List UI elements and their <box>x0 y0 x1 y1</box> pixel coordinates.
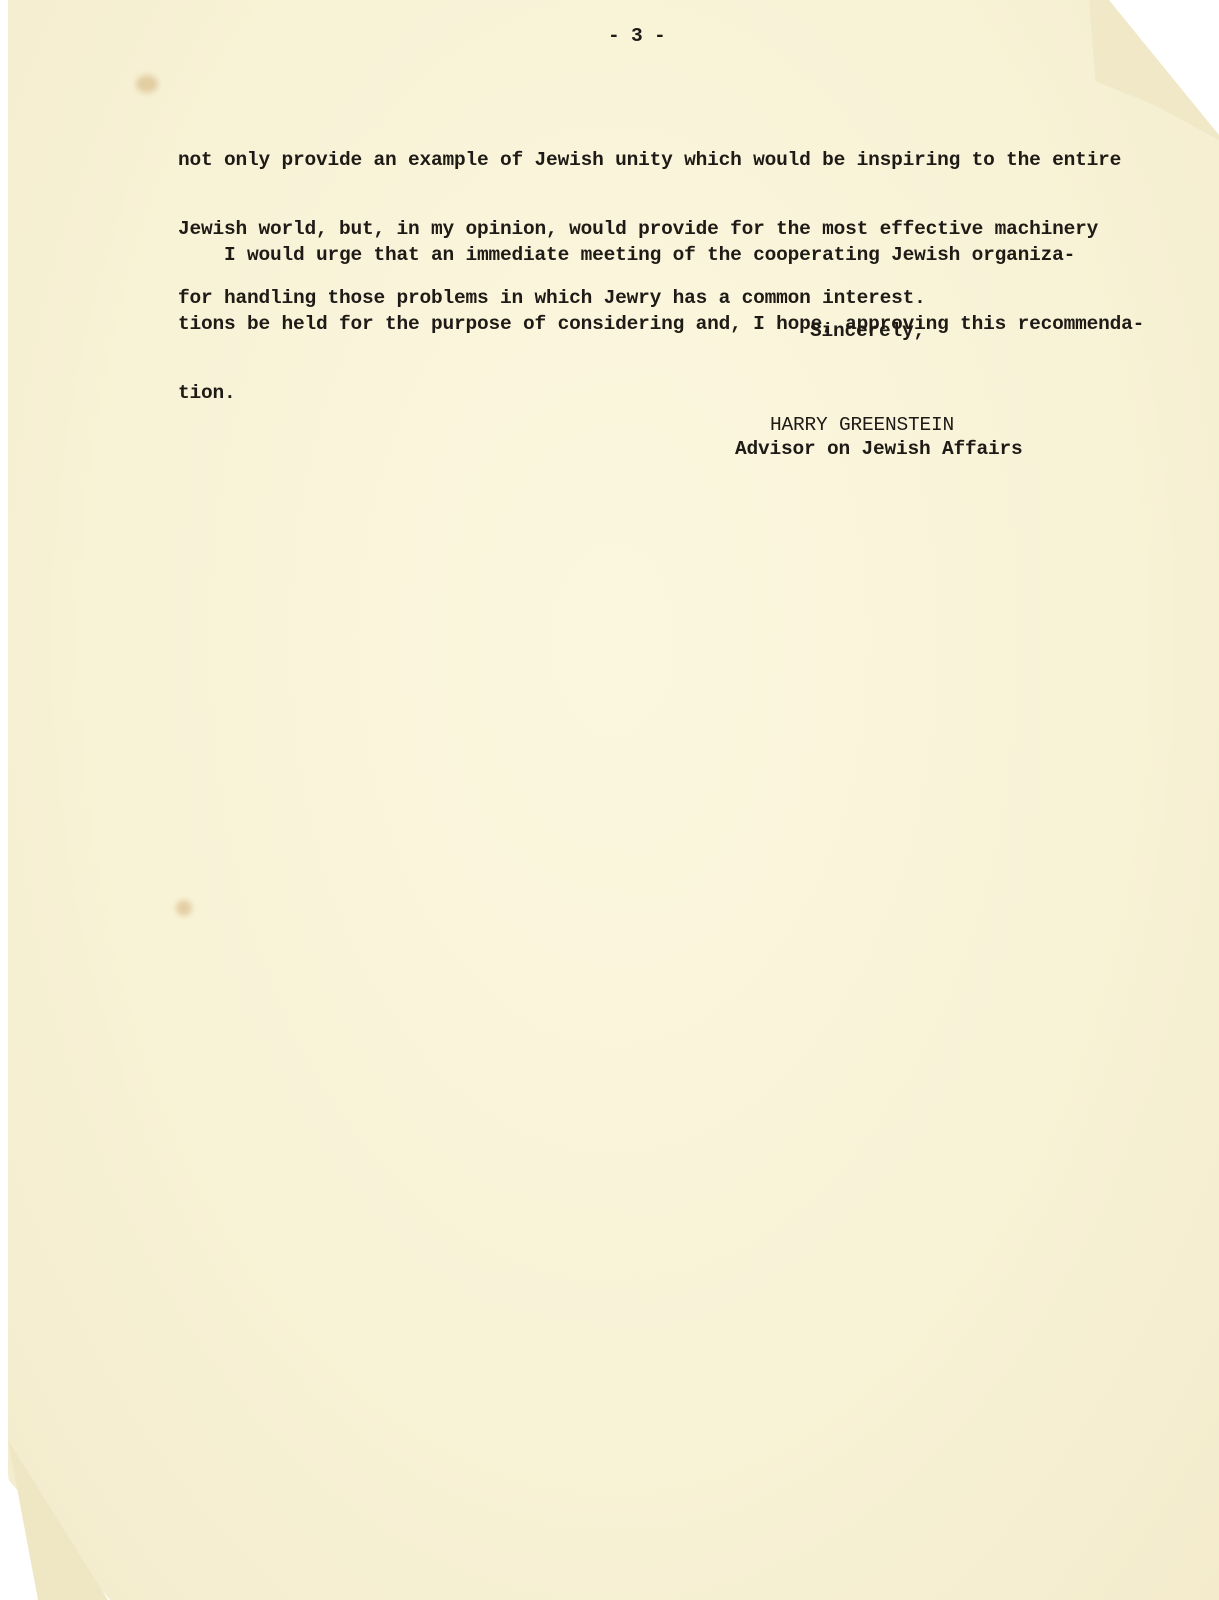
stain <box>136 75 158 93</box>
document-page: - 3 - not only provide an example of Jew… <box>8 0 1219 1600</box>
paragraph-2-line: tions be held for the purpose of conside… <box>178 313 1144 336</box>
paragraph-2-line: I would urge that an immediate meeting o… <box>178 244 1144 267</box>
closing: Sincerely, <box>810 320 925 343</box>
paragraph-2: I would urge that an immediate meeting o… <box>178 198 1144 451</box>
stain <box>176 900 192 916</box>
paragraph-2-line: tion. <box>178 382 1144 405</box>
page-number: - 3 - <box>608 25 666 48</box>
signature-name: HARRY GREENSTEIN <box>770 414 954 437</box>
paragraph-1-line: not only provide an example of Jewish un… <box>178 149 1121 172</box>
signature-title: Advisor on Jewish Affairs <box>735 438 1023 461</box>
